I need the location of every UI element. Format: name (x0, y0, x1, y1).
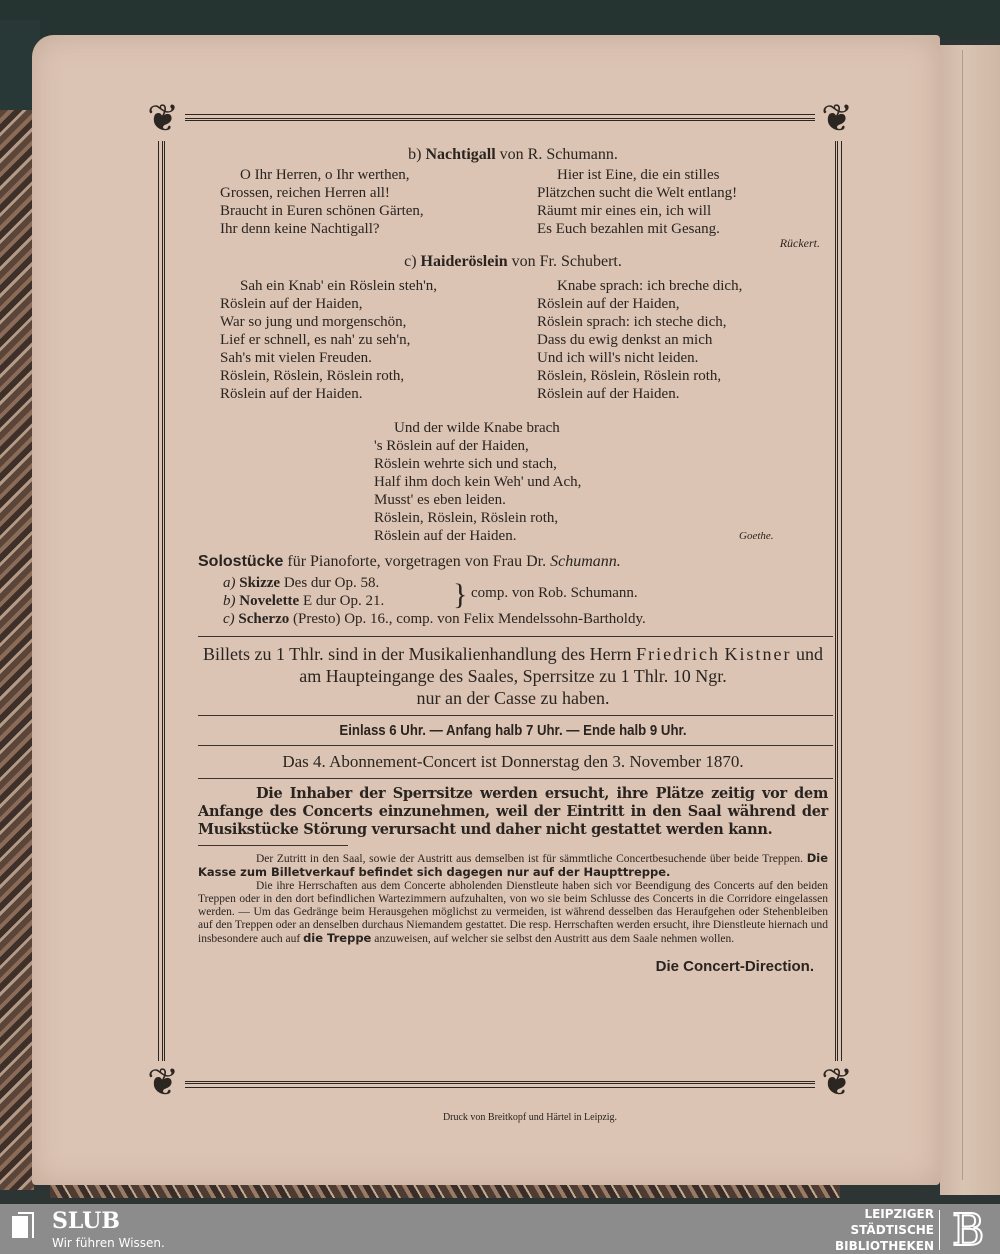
program-content: b) Nachtigall von R. Schumann. O Ihr Her… (198, 146, 828, 975)
song-title: Nachtigall (425, 146, 495, 163)
verse-left-column: O Ihr Herren, o Ihr werthen, Grossen, re… (198, 166, 511, 238)
seating-notice: Die Inhaber der Sperrsitze werden ersuch… (198, 785, 828, 839)
song-composer: von R. Schumann. (500, 146, 618, 163)
lsb-line: STÄDTISCHE (835, 1222, 934, 1238)
solo-item: c) Scherzo (Presto) Op. 16., comp. von F… (223, 610, 828, 628)
verse-line: Röslein wehrte sich und stach, (374, 455, 828, 473)
item-title: Skizze (239, 575, 280, 591)
verse-line: O Ihr Herren, o Ihr werthen, (220, 166, 511, 184)
verse-left-column: Sah ein Knab' ein Röslein steh'n, Röslei… (198, 277, 511, 403)
verse-line: Räumt mir eines ein, ich will (537, 202, 828, 220)
item-detail: (Presto) Op. 16., comp. von Felix Mendel… (293, 611, 646, 627)
solo-description: für Pianoforte, vorgetragen von Frau Dr. (287, 553, 546, 570)
verse-line: Röslein auf der Haiden, (220, 295, 511, 313)
rules-paragraph: Die ihre Herrschaften aus dem Concerte a… (198, 880, 828, 946)
corner-ornament-icon: ❦ (141, 1061, 185, 1105)
verse-line: 's Röslein auf der Haiden, (374, 437, 828, 455)
item-title: Novelette (239, 593, 299, 609)
verse-line: Grossen, reichen Herren all! (220, 184, 511, 202)
slub-book-icon (12, 1212, 34, 1240)
song-c-heading: c) Haideröslein von Fr. Schubert. (198, 253, 828, 271)
solo-title: Solostücke (198, 553, 283, 570)
verse-right-column: Hier ist Eine, die ein stilles Plätzchen… (511, 166, 828, 238)
song-b-heading: b) Nachtigall von R. Schumann. (198, 146, 828, 164)
marbled-cover-left (0, 110, 34, 1190)
item-detail: Des dur Op. 58. (284, 575, 379, 591)
ticket-text: nur an der Casse zu haben. (417, 688, 610, 708)
footer-bar: SLUB Wir führen Wissen. LEIPZIGER STÄDTI… (0, 1204, 1000, 1254)
verse-line: Röslein, Röslein, Röslein roth, (374, 509, 828, 527)
next-page-edge (940, 45, 1000, 1195)
verse-line: Braucht in Euren schönen Gärten, (220, 202, 511, 220)
item-title: Scherzo (238, 611, 289, 627)
corner-ornament-icon: ❦ (141, 97, 185, 141)
verse-line: Röslein auf der Haiden. (220, 385, 511, 403)
divider (198, 778, 833, 779)
divider (198, 745, 833, 746)
verse-line: Lief er schnell, es nah' zu seh'n, (220, 331, 511, 349)
verse-line: Musst' es eben leiden. (374, 491, 828, 509)
lsb-line: LEIPZIGER (835, 1206, 934, 1222)
poet-attribution: Goethe. (739, 527, 774, 545)
rules-bold-text: die Treppe (303, 931, 371, 945)
verse-line: Knabe sprach: ich breche dich, (537, 277, 828, 295)
verse-line: Hier ist Eine, die ein stilles (537, 166, 828, 184)
item-label: b) (223, 593, 236, 609)
access-rules: Der Zutritt in den Saal, sowie der Austr… (198, 852, 828, 946)
solo-pieces-heading: Solostücke für Pianoforte, vorgetragen v… (198, 553, 828, 571)
slub-logo-text[interactable]: SLUB (52, 1208, 120, 1234)
verse-line: Plätzchen sucht die Welt entlang! (537, 184, 828, 202)
logo-divider (939, 1210, 940, 1250)
corner-ornament-icon: ❦ (815, 97, 859, 141)
song-label: b) (408, 146, 421, 163)
song-c-verse: Sah ein Knab' ein Röslein steh'n, Röslei… (198, 277, 828, 403)
rules-text: Der Zutritt in den Saal, sowie der Austr… (256, 853, 803, 865)
ticket-text: Billets zu 1 Thlr. sind in der Musikalie… (203, 644, 632, 664)
item-label: a) (223, 575, 236, 591)
verse-line: Ihr denn keine Nachtigall? (220, 220, 511, 238)
verse-line: Röslein auf der Haiden, (537, 295, 828, 313)
item-label: c) (223, 611, 235, 627)
short-divider (198, 845, 348, 846)
divider (198, 715, 833, 716)
verse-line: Sah's mit vielen Freuden. (220, 349, 511, 367)
song-b-verse: O Ihr Herren, o Ihr werthen, Grossen, re… (198, 166, 828, 238)
dealer-name: Kistner (725, 644, 792, 664)
rules-paragraph: Der Zutritt in den Saal, sowie der Austr… (198, 852, 828, 880)
signature: Die Concert-Direction. (198, 958, 828, 975)
verse-line: Und der wilde Knabe brach (374, 419, 828, 437)
dealer-name: Friedrich (636, 644, 720, 664)
solo-performer: Schumann. (550, 553, 621, 570)
page-fold-line (962, 50, 963, 1180)
rules-text: anzuweisen, auf welcher sie selbst den A… (374, 933, 734, 945)
song-label: c) (404, 253, 416, 270)
printer-imprint: Druck von Breitkopf und Härtel in Leipzi… (30, 1112, 1000, 1123)
lsb-logo-text[interactable]: LEIPZIGER STÄDTISCHE BIBLIOTHEKEN (835, 1206, 934, 1254)
verse-line: Röslein auf der Haiden. (537, 385, 828, 403)
poet-attribution: Rückert. (198, 236, 828, 251)
next-concert-date: Das 4. Abonnement-Concert ist Donnerstag… (198, 752, 828, 772)
brace-icon: } (453, 580, 467, 610)
lsb-b-icon: B (952, 1208, 986, 1254)
verse-line: Röslein, Röslein, Röslein roth, (537, 367, 828, 385)
verse-line: Dass du ewig denkst an mich (537, 331, 828, 349)
slub-tagline: Wir führen Wissen. (52, 1236, 165, 1250)
corner-ornament-icon: ❦ (815, 1061, 859, 1105)
brace-composer: comp. von Rob. Schumann. (471, 584, 638, 602)
song-title: Haideröslein (421, 253, 508, 270)
verse-line: Sah ein Knab' ein Röslein steh'n, (220, 277, 511, 295)
song-composer: von Fr. Schubert. (512, 253, 622, 270)
solo-pieces-list: a) Skizze Des dur Op. 58. b) Novelette E… (223, 574, 828, 630)
verse-line: Half ihm doch kein Weh' und Ach, (374, 473, 828, 491)
item-detail: E dur Op. 21. (303, 593, 384, 609)
song-c-third-stanza: Und der wilde Knabe brach 's Röslein auf… (374, 419, 828, 545)
verse-line: Röslein, Röslein, Röslein roth, (220, 367, 511, 385)
verse-line: Und ich will's nicht leiden. (537, 349, 828, 367)
ticket-info: Billets zu 1 Thlr. sind in der Musikalie… (198, 643, 828, 709)
concert-times: Einlass 6 Uhr. — Anfang halb 7 Uhr. — En… (236, 722, 790, 739)
lsb-line: BIBLIOTHEKEN (835, 1238, 934, 1254)
book-binding-top (0, 0, 1000, 40)
verse-line: Röslein sprach: ich steche dich, (537, 313, 828, 331)
verse-line: War so jung und morgenschön, (220, 313, 511, 331)
divider (198, 636, 833, 637)
verse-right-column: Knabe sprach: ich breche dich, Röslein a… (511, 277, 828, 403)
